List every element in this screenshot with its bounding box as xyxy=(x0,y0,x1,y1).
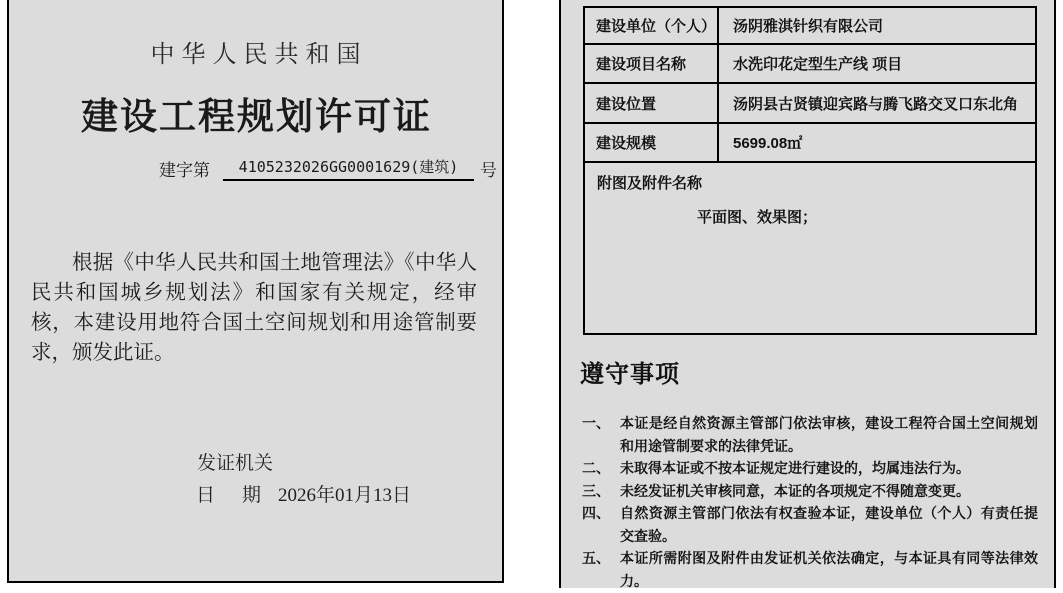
permit-title: 建设工程规划许可证 xyxy=(9,86,502,140)
table-row: 建设规模 5699.08㎡ xyxy=(585,122,1035,161)
permit-document: { "permit": { "country": "中华人民共和国", "tit… xyxy=(0,0,1063,593)
compliance-list: 一、本证是经自然资源主管部门依法审核，建设工程符合国土空间规划和用途管制要求的法… xyxy=(582,412,1038,588)
compliance-item: 五、本证所需附图及附件由发证机关依法确定，与本证具有同等法律效力。 xyxy=(582,547,1038,588)
project-details-table: 建设单位（个人） 汤阴雅淇针织有限公司 建设项目名称 水洗印花定型生产线 项目 … xyxy=(583,6,1037,335)
row-label: 建设位置 xyxy=(585,84,719,122)
item-number: 五、 xyxy=(582,547,610,570)
item-number: 一、 xyxy=(582,412,610,435)
compliance-item: 二、未取得本证或不按本证规定进行建设的，均属违法行为。 xyxy=(582,457,1038,480)
row-label: 建设项目名称 xyxy=(585,45,719,82)
attachments-cell: 附图及附件名称 平面图、效果图； xyxy=(585,161,1035,333)
row-label: 建设规模 xyxy=(585,124,719,161)
compliance-heading: 遵守事项 xyxy=(580,354,680,389)
country-name: 中华人民共和国 xyxy=(9,34,502,69)
item-number: 二、 xyxy=(582,457,610,480)
item-text: 自然资源主管部门依法有权查验本证，建设单位（个人）有责任提交查验。 xyxy=(620,505,1038,544)
table-row: 建设项目名称 水洗印花定型生产线 项目 xyxy=(585,43,1035,82)
row-value: 汤阴雅淇针织有限公司 xyxy=(719,8,1035,43)
row-value: 汤阴县古贤镇迎宾路与腾飞路交叉口东北角 xyxy=(719,84,1035,122)
attachments-label: 附图及附件名称 xyxy=(597,172,1023,193)
table-row: 建设位置 汤阴县古贤镇迎宾路与腾飞路交叉口东北角 xyxy=(585,82,1035,122)
certificate-number-value: 4105232026GG0001629(建筑) xyxy=(223,156,474,181)
item-number: 三、 xyxy=(582,480,610,503)
date-label-left: 日 xyxy=(196,485,215,506)
issue-date-value: 2026年01月13日 xyxy=(278,485,411,506)
row-value: 水洗印花定型生产线 项目 xyxy=(719,45,1035,82)
row-label: 建设单位（个人） xyxy=(585,8,719,43)
details-page: 建设单位（个人） 汤阴雅淇针织有限公司 建设项目名称 水洗印花定型生产线 项目 … xyxy=(559,0,1056,588)
item-text: 未取得本证或不按本证规定进行建设的，均属违法行为。 xyxy=(620,460,970,476)
legal-statement: 根据《中华人民共和国土地管理法》《中华人民共和国城乡规划法》和国家有关规定，经审… xyxy=(31,248,477,368)
compliance-item: 四、自然资源主管部门依法有权查验本证，建设单位（个人）有责任提交查验。 xyxy=(582,502,1038,547)
attachments-value: 平面图、效果图； xyxy=(697,206,1023,227)
item-text: 本证所需附图及附件由发证机关依法确定，与本证具有同等法律效力。 xyxy=(620,550,1038,588)
compliance-item: 三、未经发证机关审核同意，本证的各项规定不得随意变更。 xyxy=(582,480,1038,503)
issue-date-line: 日期2026年01月13日 xyxy=(196,480,411,507)
date-label-right: 期 xyxy=(242,485,261,506)
item-text: 本证是经自然资源主管部门依法审核，建设工程符合国土空间规划和用途管制要求的法律凭… xyxy=(620,415,1038,454)
item-text: 未经发证机关审核同意，本证的各项规定不得随意变更。 xyxy=(620,483,970,499)
certificate-page: 中华人民共和国 建设工程规划许可证 建字第 4105232026GG000162… xyxy=(7,0,504,583)
row-value: 5699.08㎡ xyxy=(719,124,1035,161)
compliance-item: 一、本证是经自然资源主管部门依法审核，建设工程符合国土空间规划和用途管制要求的法… xyxy=(582,412,1038,457)
issuing-authority-label: 发证机关 xyxy=(197,448,273,475)
certificate-number-line: 建字第 4105232026GG0001629(建筑) 号 xyxy=(159,156,497,181)
certificate-number-prefix: 建字第 xyxy=(159,156,210,181)
table-row: 建设单位（个人） 汤阴雅淇针织有限公司 xyxy=(585,8,1035,43)
item-number: 四、 xyxy=(582,502,610,525)
certificate-number-suffix: 号 xyxy=(480,156,497,181)
